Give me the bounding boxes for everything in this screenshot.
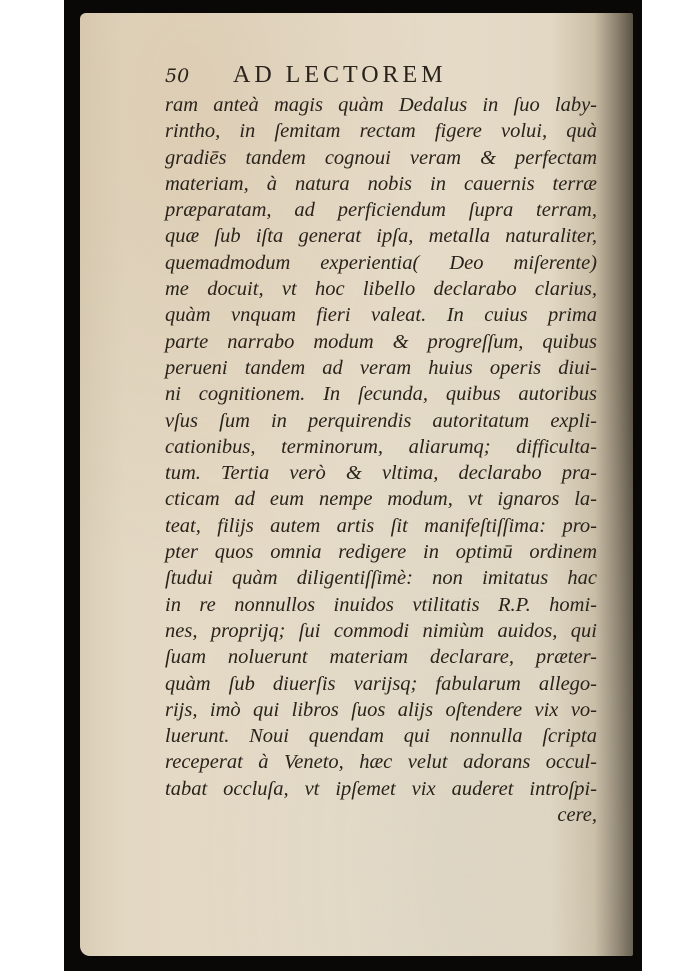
text-line: luerunt. Noui quendam qui nonnulla ſcrip… — [165, 723, 597, 749]
text-line: ſuam noluerunt materiam declarare, præte… — [165, 644, 597, 670]
text-line: ſtudui quàm diligentiſſimè: non imitatus… — [165, 565, 597, 591]
text-line: quæ ſub iſta generat ipſa, metalla natur… — [165, 223, 597, 249]
text-line: perueni tandem ad veram huius operis diu… — [165, 355, 597, 381]
text-line: gradiēs tandem cognoui veram & perfectam — [165, 145, 597, 171]
text-line: rijs, imò qui libros ſuos alijs oſtender… — [165, 697, 597, 723]
text-line: cticam ad eum nempe modum, vt ignaros la… — [165, 486, 597, 512]
page-number: 50 — [165, 65, 233, 87]
text-line: cationibus, terminorum, aliarumq; diffic… — [165, 434, 597, 460]
text-line: tabat occluſa, vt ipſemet vix auderet in… — [165, 776, 597, 802]
text-line: in re nonnullos inuidos vtilitatis R.P. … — [165, 592, 597, 618]
text-line: quàm ſub diuerſis varijsq; fabularum all… — [165, 671, 597, 697]
text-line: tum. Tertia verò & vltima, declarabo pra… — [165, 460, 597, 486]
text-line: quàm vnquam fieri valeat. In cuius prima — [165, 302, 597, 328]
text-line: vſus ſum in perquirendis autoritatum exp… — [165, 408, 597, 434]
page-header: 50 AD LECTOREM — [165, 62, 605, 92]
page-text: 50 AD LECTOREM ram anteà magis quàm Deda… — [165, 62, 605, 828]
text-line: ni cognitionem. In ſecunda, quibus autor… — [165, 381, 597, 407]
text-line: parte narrabo modum & progreſſum, quibus — [165, 329, 597, 355]
text-line: nes, proprijq; ſui commodi nimiùm auidos… — [165, 618, 597, 644]
catchword: cere, — [165, 802, 597, 828]
text-line: præparatam, ad perficiendum ſupra terram… — [165, 197, 597, 223]
text-line: teat, filijs autem artis ſit manifeſtiſſ… — [165, 513, 597, 539]
text-line: ram anteà magis quàm Dedalus in ſuo laby… — [165, 92, 597, 118]
text-line: quemadmodum experientia( Deo miſerente) — [165, 250, 597, 276]
text-line: me docuit, vt hoc libello declarabo clar… — [165, 276, 597, 302]
text-line: rintho, in ſemitam rectam figere volui, … — [165, 118, 597, 144]
text-line: pter quos omnia redigere in optimū ordin… — [165, 539, 597, 565]
text-line: materiam, à natura nobis in cauernis ter… — [165, 171, 597, 197]
text-line: receperat à Veneto, hæc velut adorans oc… — [165, 749, 597, 775]
running-head: AD LECTOREM — [233, 62, 447, 89]
